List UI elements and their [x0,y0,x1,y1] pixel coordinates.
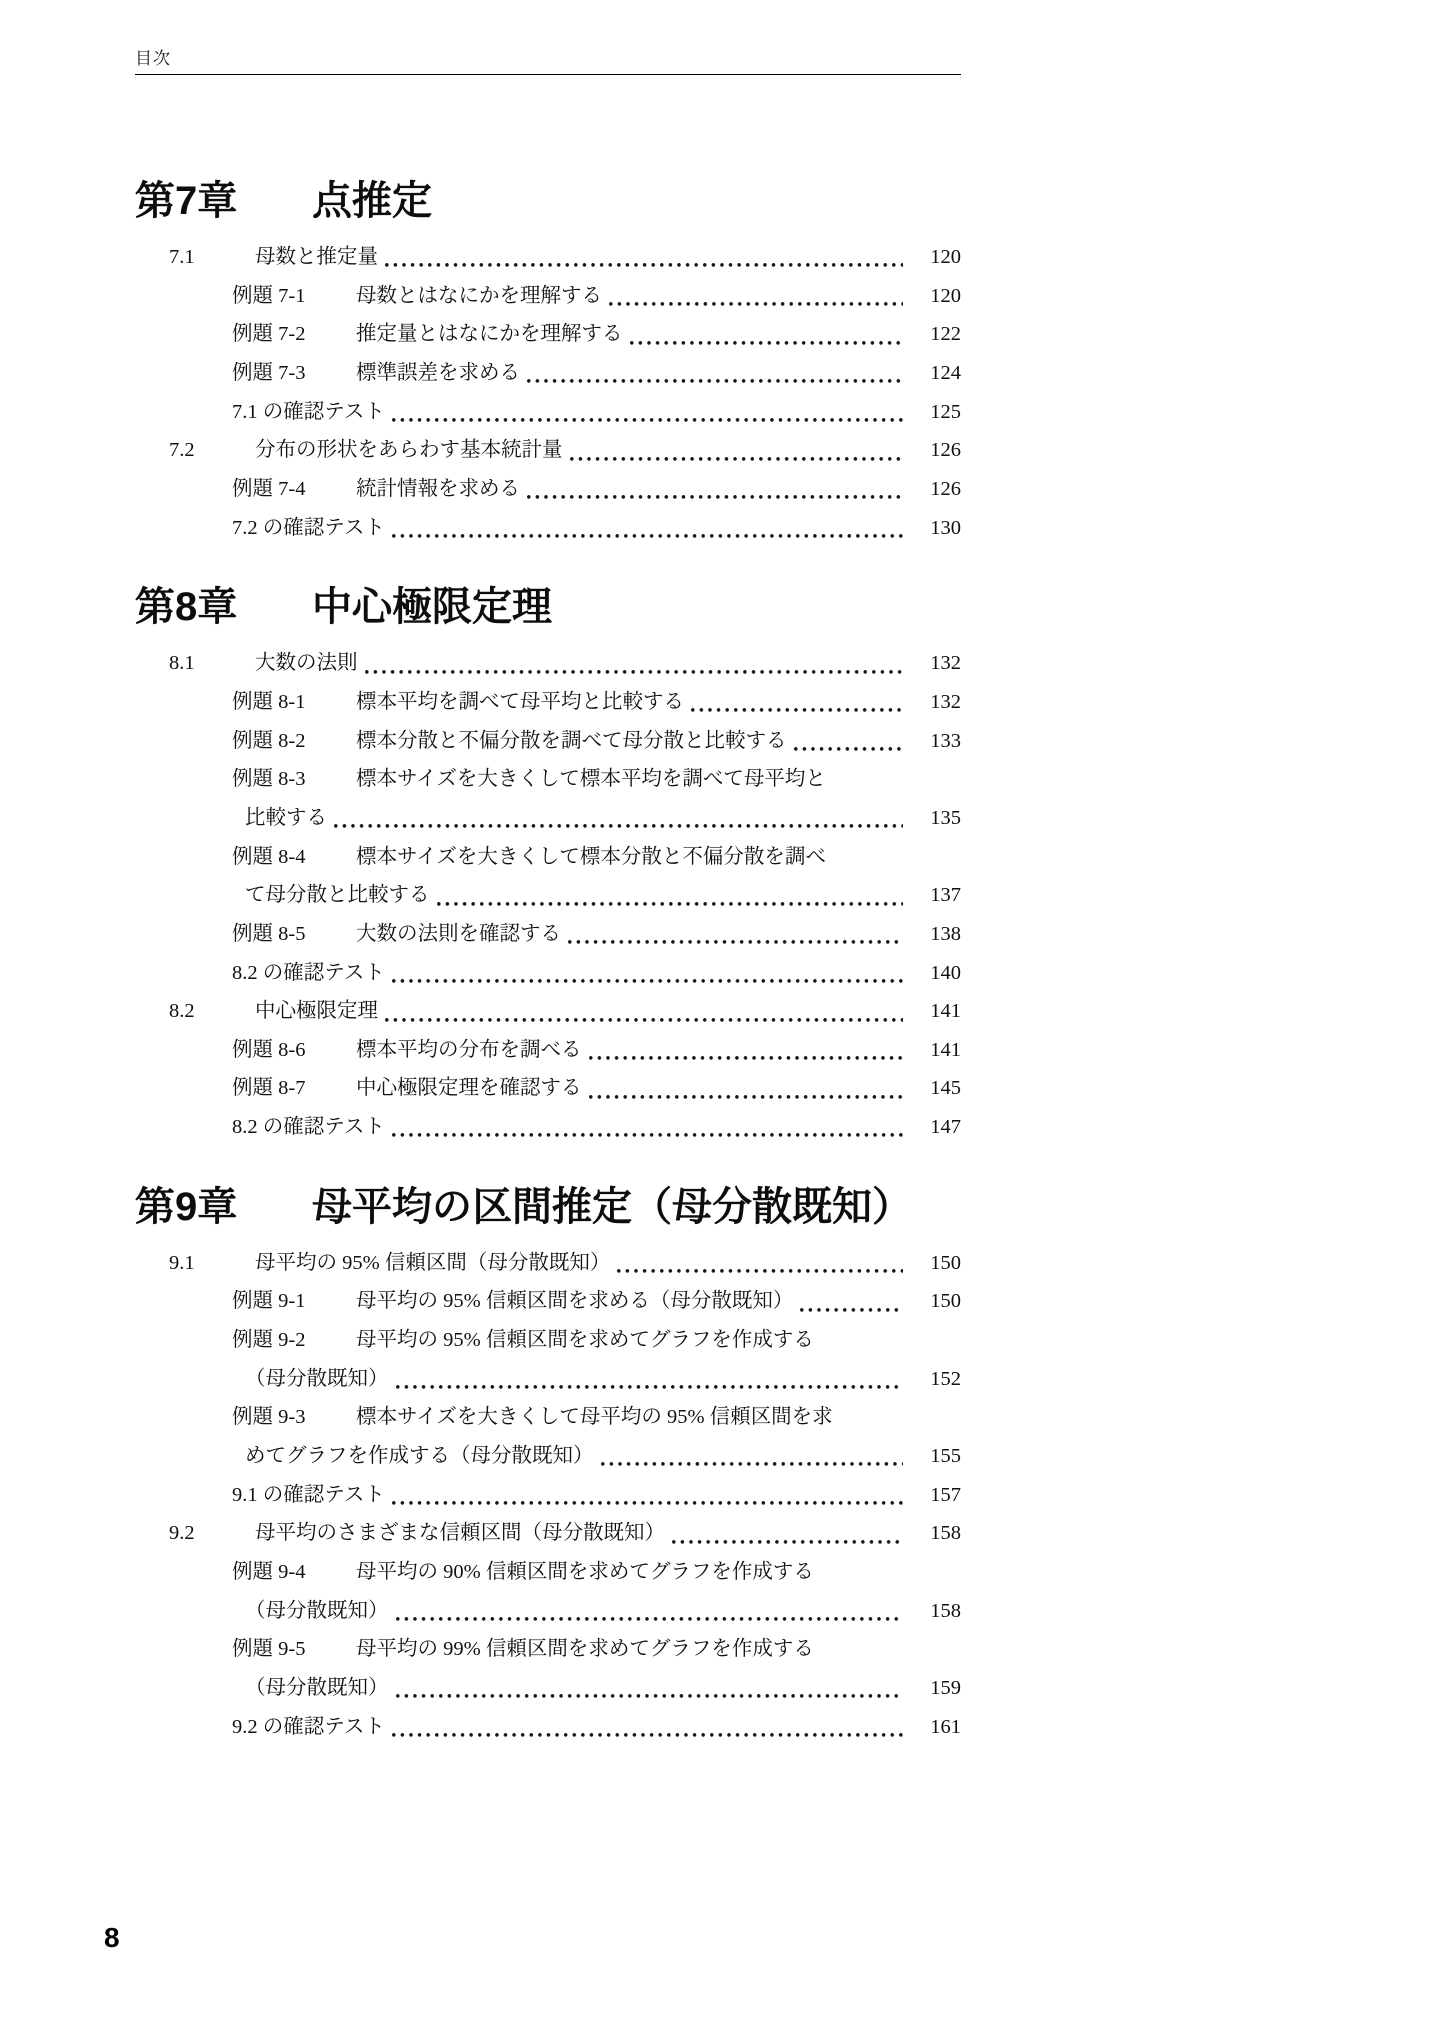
toc-entry: 例題 7-3標準誤差を求める124 [135,354,961,393]
toc-entry-text: 9.2 の確認テスト [232,1708,385,1747]
dot-leader [392,1108,903,1147]
chapter-heading: 第9章母平均の区間推定（母分散既知） [135,1181,961,1233]
toc-entry-number: 例題 9-1 [232,1282,356,1321]
dot-leader [630,315,904,354]
toc-entry: 例題 8-1標本平均を調べて母平均と比較する132 [135,683,961,722]
toc-entry: （母分散既知）152 [135,1360,961,1399]
toc-entry-text: 大数の法則を確認する [356,915,561,954]
toc-entry-text: 7.2 の確認テスト [232,509,385,548]
toc-entry-text: 推定量とはなにかを理解する [356,315,623,354]
toc-page-number: 133 [911,722,961,761]
toc-entry-text: 標本サイズを大きくして母平均の 95% 信頼区間を求 [356,1398,833,1437]
toc-entry: 比較する135 [135,799,961,838]
dot-leader [365,644,904,683]
toc-entry-text: 統計情報を求める [356,470,520,509]
dot-leader [800,1282,903,1321]
dot-leader [589,1069,904,1108]
toc-entry: 例題 7-4統計情報を求める126 [135,470,961,509]
toc-entry-text: （母分散既知） [245,1669,389,1708]
toc-page-number: 145 [911,1069,961,1108]
dot-leader [609,277,903,316]
toc-entry-text: 標本平均を調べて母平均と比較する [356,683,684,722]
toc-entry-number: 例題 9-5 [232,1630,356,1669]
toc-entry-text: 母平均の 95% 信頼区間（母分散既知） [255,1244,610,1283]
toc-page-number: 157 [911,1476,961,1515]
toc-entry-number: 例題 7-2 [232,315,356,354]
toc-entry-number: 例題 9-4 [232,1553,356,1592]
chapter-heading: 第8章中心極限定理 [135,581,961,633]
toc-entry-text: て母分散と比較する [245,876,430,915]
toc-entry-number: 例題 8-4 [232,838,356,877]
toc-entry-text: 母平均の 95% 信頼区間を求めてグラフを作成する [356,1321,814,1360]
dot-leader [568,915,903,954]
toc-entry: 8.2中心極限定理141 [135,992,961,1031]
toc-entry: 例題 8-6標本平均の分布を調べる141 [135,1031,961,1070]
toc-entry-text: 母数とはなにかを理解する [356,277,602,316]
toc-entry-text: 8.2 の確認テスト [232,954,385,993]
dot-leader [617,1244,903,1283]
toc-entry-text: 標準誤差を求める [356,354,520,393]
chapter-title: 母平均の区間推定（母分散既知） [312,1181,912,1233]
dot-leader [437,876,904,915]
dot-leader [334,799,903,838]
dot-leader [589,1031,904,1070]
toc-entry: 9.2 の確認テスト161 [135,1708,961,1747]
toc-page-number: 141 [911,1031,961,1070]
toc-page-number: 152 [911,1360,961,1399]
toc-page-number: 135 [911,799,961,838]
toc-page-number: 158 [911,1514,961,1553]
chapter-title: 点推定 [312,175,432,227]
toc-page-number: 150 [911,1244,961,1283]
toc-entry: 7.2 の確認テスト130 [135,509,961,548]
dot-leader [385,992,903,1031]
toc-entry-text: （母分散既知） [245,1360,389,1399]
dot-leader [794,722,904,761]
dot-leader [570,431,904,470]
toc-page-number: 126 [911,431,961,470]
toc-entry-text: 母平均の 95% 信頼区間を求める（母分散既知） [356,1282,793,1321]
toc-entry: 7.1母数と推定量120 [135,238,961,277]
toc-entry: 例題 7-1母数とはなにかを理解する120 [135,277,961,316]
toc-entry: 8.2 の確認テスト140 [135,954,961,993]
toc-entry: 8.2 の確認テスト147 [135,1108,961,1147]
toc-entry-text: 8.2 の確認テスト [232,1108,385,1147]
dot-leader [396,1592,904,1631]
toc-entry-text: 標本サイズを大きくして標本分散と不偏分散を調べ [356,838,826,877]
toc-entry: 例題 8-5大数の法則を確認する138 [135,915,961,954]
toc-entry-number: 例題 8-1 [232,683,356,722]
dot-leader [672,1514,903,1553]
toc-entry-text: 母数と推定量 [255,238,378,277]
toc-entry: めてグラフを作成する（母分散既知）155 [135,1437,961,1476]
toc-entry-number: 例題 7-4 [232,470,356,509]
toc-entry-text: 標本サイズを大きくして標本平均を調べて母平均と [356,760,826,799]
chapter-number: 第7章 [135,175,312,227]
toc-entry-text: 9.1 の確認テスト [232,1476,385,1515]
toc-entry-number: 例題 9-3 [232,1398,356,1437]
dot-leader [392,393,903,432]
toc-entry: 例題 9-5母平均の 99% 信頼区間を求めてグラフを作成する [135,1630,961,1669]
toc-page-number: 158 [911,1592,961,1631]
toc-page-number: 122 [911,315,961,354]
chapter-number: 第8章 [135,581,312,633]
dot-leader [392,509,903,548]
toc-entry-text: （母分散既知） [245,1592,389,1631]
toc-entry-text: 中心極限定理 [255,992,378,1031]
toc-entry: 7.1 の確認テスト125 [135,393,961,432]
dot-leader [392,954,903,993]
toc-entry-number: 例題 9-2 [232,1321,356,1360]
toc-page-number: 140 [911,954,961,993]
toc-entry-number: 9.2 [169,1514,255,1553]
toc-entry: て母分散と比較する137 [135,876,961,915]
toc-page-number: 141 [911,992,961,1031]
toc-entry: 8.1大数の法則132 [135,644,961,683]
toc-entry: 例題 9-2母平均の 95% 信頼区間を求めてグラフを作成する [135,1321,961,1360]
toc-entry-number: 例題 8-6 [232,1031,356,1070]
toc-entry: 例題 7-2推定量とはなにかを理解する122 [135,315,961,354]
toc-entry: 例題 8-3標本サイズを大きくして標本平均を調べて母平均と [135,760,961,799]
toc-page-number: 161 [911,1708,961,1747]
toc-page-number: 132 [911,644,961,683]
toc-entry: 例題 9-1母平均の 95% 信頼区間を求める（母分散既知）150 [135,1282,961,1321]
toc-entry-number: 例題 8-3 [232,760,356,799]
toc-entry: （母分散既知）159 [135,1669,961,1708]
toc-page-number: 126 [911,470,961,509]
toc-page-number: 130 [911,509,961,548]
toc-entry-text: 母平均の 90% 信頼区間を求めてグラフを作成する [356,1553,814,1592]
toc-entry-text: 標本分散と不偏分散を調べて母分散と比較する [356,722,787,761]
dot-leader [385,238,903,277]
toc-page-number: 124 [911,354,961,393]
toc-page-number: 120 [911,238,961,277]
toc-entry-text: 分布の形状をあらわす基本統計量 [255,431,563,470]
chapter-heading: 第7章点推定 [135,175,961,227]
dot-leader [392,1476,903,1515]
toc-entry-text: 母平均のさまざまな信頼区間（母分散既知） [255,1514,665,1553]
dot-leader [396,1360,904,1399]
header-rule [135,74,961,75]
toc-entry-number: 8.1 [169,644,255,683]
dot-leader [396,1669,904,1708]
dot-leader [527,470,903,509]
toc-entry-text: 7.1 の確認テスト [232,393,385,432]
toc-entry-number: 例題 7-3 [232,354,356,393]
toc-entry: 例題 9-3標本サイズを大きくして母平均の 95% 信頼区間を求 [135,1398,961,1437]
dot-leader [527,354,903,393]
toc-entry-text: 母平均の 99% 信頼区間を求めてグラフを作成する [356,1630,814,1669]
toc-page-number: 138 [911,915,961,954]
page-folio: 8 [104,1921,120,1955]
running-header: 目次 [135,49,961,69]
toc-entry-number: 9.1 [169,1244,255,1283]
toc-entry: 例題 9-4母平均の 90% 信頼区間を求めてグラフを作成する [135,1553,961,1592]
toc-entry-text: 中心極限定理を確認する [356,1069,582,1108]
toc-entry: 例題 8-2標本分散と不偏分散を調べて母分散と比較する133 [135,722,961,761]
toc-entry-number: 例題 8-7 [232,1069,356,1108]
toc-entry-text: めてグラフを作成する（母分散既知） [245,1437,594,1476]
toc-entry: 例題 8-7中心極限定理を確認する145 [135,1069,961,1108]
toc-page-number: 147 [911,1108,961,1147]
toc-page-number: 155 [911,1437,961,1476]
toc-entry: 7.2分布の形状をあらわす基本統計量126 [135,431,961,470]
toc-page-number: 120 [911,277,961,316]
chapter-title: 中心極限定理 [312,581,552,633]
toc-entry: 9.1母平均の 95% 信頼区間（母分散既知）150 [135,1244,961,1283]
toc-entry-number: 例題 7-1 [232,277,356,316]
toc-page: 目次 第7章点推定7.1母数と推定量120例題 7-1母数とはなにかを理解する1… [135,0,961,1746]
toc-entry: 9.1 の確認テスト157 [135,1476,961,1515]
toc-page-number: 150 [911,1282,961,1321]
toc-page-number: 132 [911,683,961,722]
dot-leader [601,1437,904,1476]
toc-entry-number: 7.2 [169,431,255,470]
toc-entry-number: 例題 8-5 [232,915,356,954]
dot-leader [392,1708,903,1747]
table-of-contents: 第7章点推定7.1母数と推定量120例題 7-1母数とはなにかを理解する120例… [135,175,961,1746]
dot-leader [691,683,903,722]
toc-entry-text: 標本平均の分布を調べる [356,1031,582,1070]
toc-page-number: 137 [911,876,961,915]
toc-entry-text: 大数の法則 [255,644,358,683]
toc-entry-number: 7.1 [169,238,255,277]
toc-page-number: 159 [911,1669,961,1708]
chapter-number: 第9章 [135,1181,312,1233]
toc-entry: 例題 8-4標本サイズを大きくして標本分散と不偏分散を調べ [135,838,961,877]
toc-entry: 9.2母平均のさまざまな信頼区間（母分散既知）158 [135,1514,961,1553]
toc-page-number: 125 [911,393,961,432]
toc-entry-number: 例題 8-2 [232,722,356,761]
toc-entry-text: 比較する [245,799,327,838]
toc-entry: （母分散既知）158 [135,1592,961,1631]
toc-entry-number: 8.2 [169,992,255,1031]
